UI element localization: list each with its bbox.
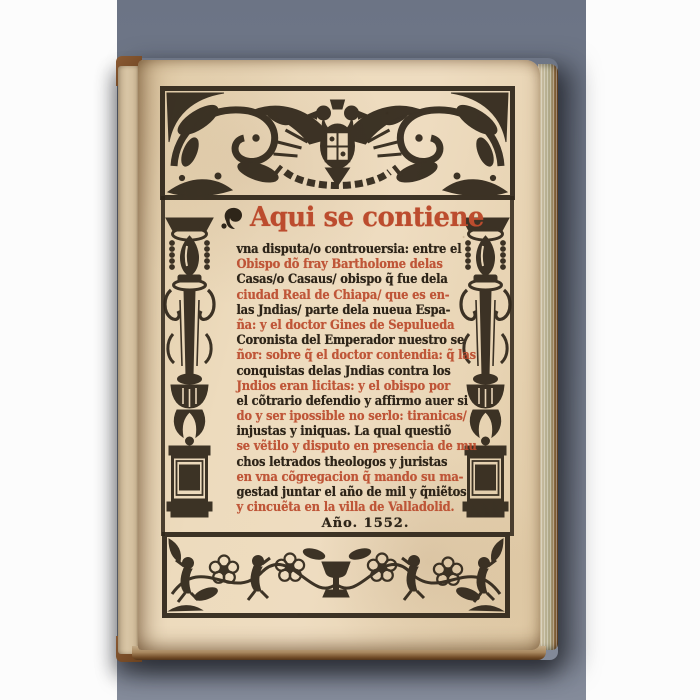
title-line: Jndios eran licitas: y el obispo por (236, 379, 438, 394)
title-line: vna disputa/o controuersia: entre el (236, 242, 438, 257)
heading-row: Aqui se contiene (220, 202, 494, 233)
printed-area: Aqui se contiene vna disputa/o controuer… (160, 86, 515, 618)
headpiece-woodcut (160, 86, 515, 200)
flower (368, 554, 396, 581)
title-line: Coronista del Emperador nuestro se (236, 333, 438, 348)
date-line: Año. 1552. (248, 516, 483, 531)
title-line: se vẽtilo y disputo en presencia de mu (236, 439, 438, 454)
title-lines: vna disputa/o controuersia: entre el Obi… (220, 242, 455, 515)
putto-figure (474, 558, 496, 603)
title-line: las Jndias/ parte dela nueua Espa- (236, 303, 438, 318)
flower (434, 558, 462, 585)
title-line: do y ser ipossible no serlo: tiranicas/ (236, 409, 438, 424)
book: Aqui se contiene vna disputa/o controuer… (118, 58, 558, 660)
title-line: injustas y iniquas. La qual questiõ (236, 424, 438, 439)
bottom-frieze-woodcut (162, 532, 510, 618)
title-line: en vna cõgregacion q̃ mando su ma- (236, 470, 438, 485)
title-line: el cõtrario defendio y affirmo auer si (236, 394, 438, 409)
fore-edge (538, 64, 558, 650)
page-title: Aqui se contiene (250, 202, 484, 233)
putto-figure (402, 556, 424, 601)
right-column-woodcut (457, 216, 514, 518)
title-line: Obispo dõ fray Bartholome delas (236, 257, 438, 272)
chalice-ornament (322, 562, 350, 597)
hedera-leaf-icon (220, 204, 245, 232)
title-line: ñor: sobre q̃ el doctor contendia: q̃ la… (236, 348, 438, 363)
title-line: Casas/o Casaus/ obispo q̃ fue dela (236, 272, 438, 287)
title-page: Aqui se contiene vna disputa/o controuer… (138, 60, 540, 650)
flower (210, 556, 238, 583)
title-line: gestad juntar el año de mil y q̃niẽtos (236, 485, 438, 500)
putto-figure (176, 558, 198, 603)
title-line: conquistas delas Jndias contra los (236, 364, 438, 379)
title-line: ciudad Real de Chiapa/ que es en- (236, 288, 438, 303)
title-line: ña: y el doctor Gines de Sepulueda (236, 318, 438, 333)
putto-figure (248, 556, 270, 601)
left-column-woodcut (161, 216, 218, 518)
title-line: y cincuẽta en la villa de Valladolid. (236, 500, 438, 515)
flower (276, 554, 304, 581)
title-line: chos letrados theologos y juristas (236, 455, 438, 470)
photograph: Aqui se contiene vna disputa/o controuer… (0, 0, 700, 700)
